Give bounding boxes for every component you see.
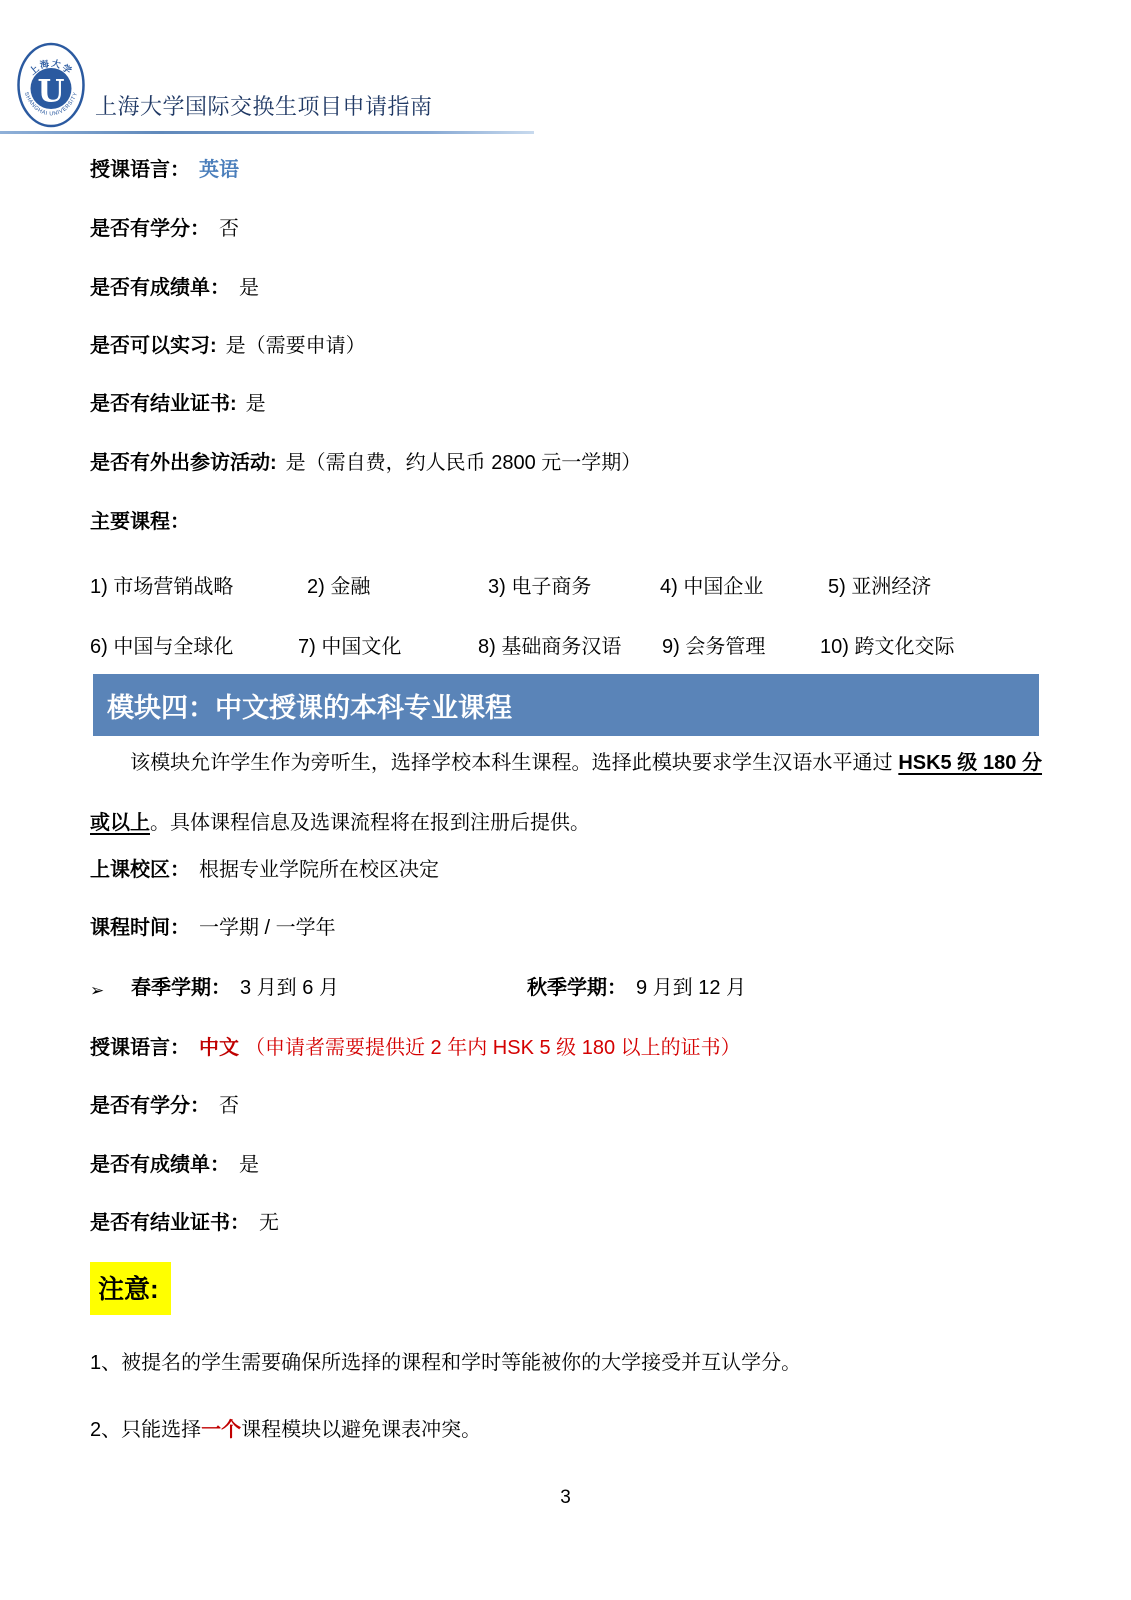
page-number: 3 [0,1487,1131,1509]
field-row-credits-cn: 是否有学分：否 [90,1093,239,1119]
field-label: 秋季学期： [527,977,627,999]
field-label: 授课语言： [90,159,190,181]
notice-highlight: 注意: [90,1262,171,1315]
field-value: 英语 [199,159,239,181]
hsk-requirement-emphasis: HSK5 级 180 分 [898,752,1042,774]
field-value: 一学期 / 一学年 [199,917,336,939]
notice-item-2-text: 课程模块以避免课表冲突。 [241,1419,481,1441]
field-row-transcript: 是否有成绩单：是 [90,275,259,301]
field-row-certificate-cn: 是否有结业证书：无 [90,1210,279,1236]
field-row-teaching-language: 授课语言：英语 [90,157,239,183]
field-row-field-trips: 是否有外出参访活动:是（需自费，约人民币 2800 元一学期） [90,450,641,476]
course-item: 7) 中国文化 [298,630,401,659]
field-label: 授课语言： [90,1037,190,1059]
arrow-bullet-icon: ➢ [90,981,104,1000]
field-label: 主要课程： [90,511,190,533]
field-row-campus: 上课校区：根据专业学院所在校区决定 [90,857,439,883]
hsk-requirement-emphasis: 或以上 [90,812,150,834]
logo-monogram: U [37,74,64,110]
page-title: 上海大学国际交换生项目申请指南 [95,90,433,121]
intro-paragraph-line-1: 该模块允许学生作为旁听生，选择学校本科生课程。选择此模块要求学生汉语水平通过 H… [130,750,1042,776]
university-logo: 上海大学 U SHANGHAI UNIVERSITY [16,42,86,133]
field-row-credits: 是否有学分：否 [90,216,239,242]
field-label: 是否有结业证书: [90,393,237,415]
field-value: 否 [219,1095,239,1117]
field-label: 是否有学分： [90,1095,210,1117]
field-value: 是 [239,1154,259,1176]
field-label: 上课校区： [90,859,190,881]
course-item: 10) 跨文化交际 [820,630,954,659]
spring-semester: 春季学期：3 月到 6 月 [131,975,339,1001]
intro-text: 。具体课程信息及选课流程将在报到注册后提供。 [150,812,590,834]
header-divider [0,131,534,134]
field-label: 是否有学分： [90,218,210,240]
field-value: 根据专业学院所在校区决定 [199,859,439,881]
course-item: 9) 会务管理 [662,630,765,659]
field-value: 3 月到 6 月 [240,977,339,999]
field-label: 是否有成绩单： [90,1154,230,1176]
field-row-transcript-cn: 是否有成绩单：是 [90,1152,259,1178]
field-row-main-courses: 主要课程： [90,509,190,535]
course-item: 4) 中国企业 [660,570,763,599]
field-label: 是否有结业证书： [90,1212,250,1234]
field-label: 春季学期： [131,977,231,999]
field-label: 是否有外出参访活动: [90,452,277,474]
hsk-certificate-note: （申请者需要提供近 2 年内 HSK 5 级 180 以上的证书） [245,1037,741,1059]
field-row-certificate: 是否有结业证书:是 [90,391,266,417]
course-item: 3) 电子商务 [488,570,591,599]
notice-item-2-text: 2、只能选择 [90,1419,201,1441]
autumn-semester: 秋季学期：9 月到 12 月 [527,975,746,1001]
field-value: 9 月到 12 月 [636,977,746,999]
notice-item-1: 1、被提名的学生需要确保所选择的课程和学时等能被你的大学接受并互认学分。 [90,1346,801,1375]
field-row-teaching-language-cn: 授课语言：中文（申请者需要提供近 2 年内 HSK 5 级 180 以上的证书） [90,1035,741,1061]
course-item: 2) 金融 [307,570,370,599]
field-label: 是否可以实习: [90,335,217,357]
notice-item-2: 2、只能选择一个课程模块以避免课表冲突。 [90,1413,481,1442]
field-value: 否 [219,218,239,240]
course-item: 6) 中国与全球化 [90,630,233,659]
section-banner-title: 模块四：中文授课的本科专业课程 [93,686,512,725]
field-row-internship: 是否可以实习:是（需要申请） [90,333,366,359]
intro-text: 该模块允许学生作为旁听生，选择学校本科生课程。选择此模块要求学生汉语水平通过 [130,752,898,774]
field-value: 是（需要申请） [226,335,366,357]
field-label: 是否有成绩单： [90,277,230,299]
course-item: 5) 亚洲经济 [828,570,931,599]
course-item: 8) 基础商务汉语 [478,630,621,659]
notice-title: 注意: [98,1274,159,1304]
field-label: 课程时间： [90,917,190,939]
field-value: 无 [259,1212,279,1234]
intro-paragraph-line-2: 或以上。具体课程信息及选课流程将在报到注册后提供。 [90,810,590,836]
field-value: 是 [239,277,259,299]
section-banner-module-4: 模块四：中文授课的本科专业课程 [93,674,1039,736]
field-row-duration: 课程时间：一学期 / 一学年 [90,915,336,941]
university-seal-icon: 上海大学 U SHANGHAI UNIVERSITY [16,42,86,128]
document-page: 上海大学 U SHANGHAI UNIVERSITY 上海大学国际交换生项目申请… [0,0,1131,1600]
field-value: 中文 [199,1037,239,1059]
one-module-emphasis: 一个 [201,1419,241,1441]
semester-bullet: ➢ [90,977,104,1003]
field-value: 是 [246,393,266,415]
field-value: 是（需自费，约人民币 2800 元一学期） [286,452,642,474]
course-item: 1) 市场营销战略 [90,570,233,599]
